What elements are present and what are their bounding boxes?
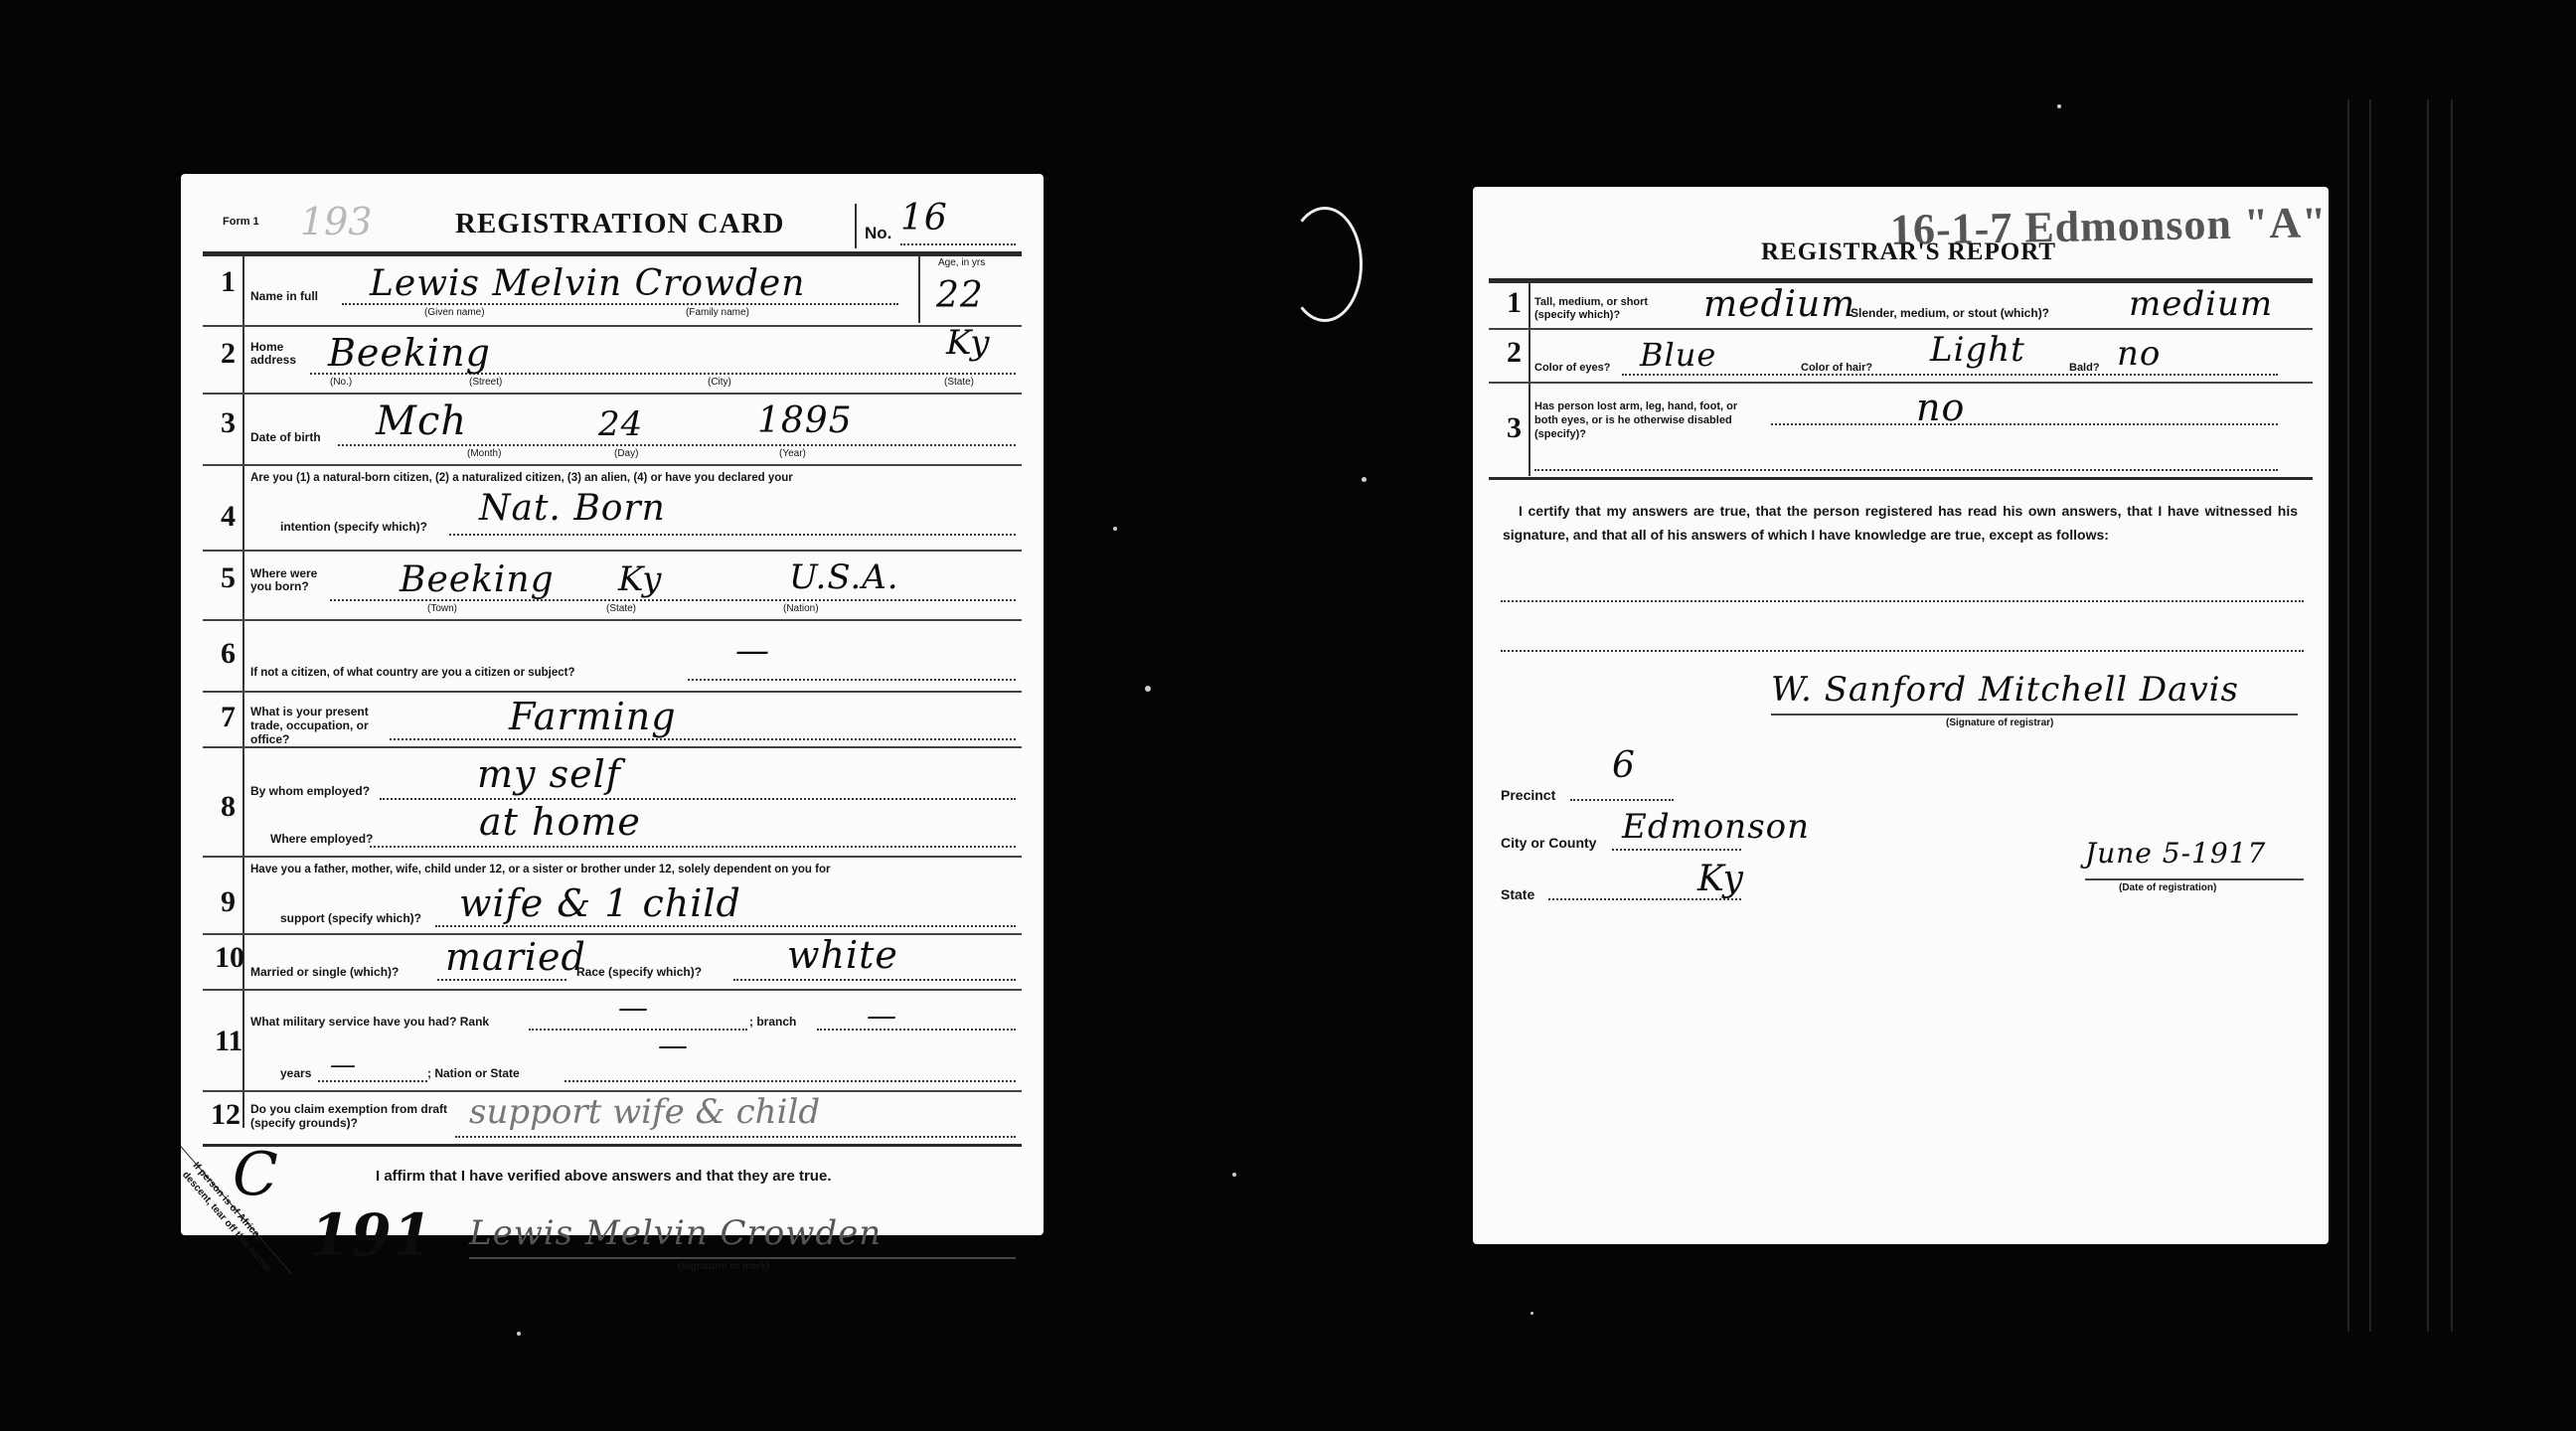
report-title: REGISTRAR'S REPORT bbox=[1761, 238, 2056, 266]
registration-date-value: June 5-1917 bbox=[2085, 837, 2266, 870]
eye-color-value: Blue bbox=[1640, 336, 1716, 374]
precinct-value: 6 bbox=[1612, 745, 1636, 786]
birth-month-value: Mch bbox=[376, 398, 467, 444]
disability-value: no bbox=[1916, 386, 1965, 429]
military-rank-value: — bbox=[618, 991, 649, 1026]
height-value: medium bbox=[1703, 284, 1855, 325]
registrar-signature: W. Sanford Mitchell Davis bbox=[1771, 670, 2239, 710]
film-edge-line bbox=[2347, 99, 2349, 1332]
foreign-citizenship-value: — bbox=[735, 631, 770, 671]
race-value: white bbox=[787, 933, 898, 977]
registrars-report-card: 16-1-7 Edmonson "A" REGISTRAR'S REPORT 1… bbox=[1473, 187, 2329, 1244]
card-number: 16 bbox=[900, 198, 948, 238]
birth-year-value: 1895 bbox=[757, 400, 853, 441]
home-address-value: Beeking bbox=[328, 331, 491, 375]
corner-number: 191 bbox=[310, 1201, 433, 1269]
name-value: Lewis Melvin Crowden bbox=[370, 263, 805, 304]
scan-speck bbox=[2057, 104, 2061, 108]
certification-text: I certify that my answers are true, that… bbox=[1503, 499, 2298, 547]
scan-artifact-ring bbox=[1287, 207, 1363, 322]
employer-value: my self bbox=[477, 752, 621, 796]
city-county-value: Edmonson bbox=[1622, 807, 1810, 847]
military-nation-value: — bbox=[658, 1029, 689, 1063]
registration-card: Form 1 193 REGISTRATION CARD No. 16 1 Na… bbox=[181, 174, 1044, 1235]
build-value: medium bbox=[2129, 284, 2273, 324]
birthplace-state-value: Ky bbox=[618, 559, 662, 599]
occupation-value: Farming bbox=[509, 695, 677, 738]
state-value: Ky bbox=[1697, 859, 1744, 899]
scan-speck bbox=[1362, 477, 1367, 482]
film-edge-line bbox=[2369, 99, 2371, 1332]
bald-value: no bbox=[2117, 334, 2161, 374]
hair-color-value: Light bbox=[1930, 330, 2025, 370]
citizenship-value: Nat. Born bbox=[479, 488, 666, 529]
employment-place-value: at home bbox=[479, 800, 641, 844]
scan-speck bbox=[517, 1332, 521, 1336]
scan-speck bbox=[1113, 527, 1117, 531]
film-edge-line bbox=[2451, 99, 2453, 1332]
marital-status-value: maried bbox=[445, 935, 586, 979]
pencil-number: 193 bbox=[300, 200, 373, 243]
no-label: No. bbox=[865, 224, 891, 243]
form-label: Form 1 bbox=[223, 216, 259, 228]
military-branch-value: — bbox=[867, 999, 897, 1033]
exemption-value: support wife & child bbox=[469, 1092, 820, 1132]
registrant-signature: Lewis Melvin Crowden bbox=[469, 1213, 882, 1253]
home-state-value: Ky bbox=[946, 323, 990, 363]
scan-speck bbox=[1232, 1173, 1236, 1177]
birthplace-nation-value: U.S.A. bbox=[789, 557, 899, 597]
scan-speck bbox=[1530, 1312, 1533, 1315]
birthplace-town-value: Beeking bbox=[400, 559, 555, 600]
card-title: REGISTRATION CARD bbox=[455, 208, 784, 240]
affirmation-text: I affirm that I have verified above answ… bbox=[376, 1168, 831, 1185]
dependents-value: wife & 1 child bbox=[459, 881, 741, 925]
scan-speck bbox=[1145, 686, 1151, 692]
military-years-value: — bbox=[330, 1050, 357, 1080]
film-edge-line bbox=[2427, 99, 2429, 1332]
age-value: 22 bbox=[936, 275, 984, 316]
corner-mark: C bbox=[233, 1140, 279, 1209]
birth-day-value: 24 bbox=[598, 404, 643, 444]
